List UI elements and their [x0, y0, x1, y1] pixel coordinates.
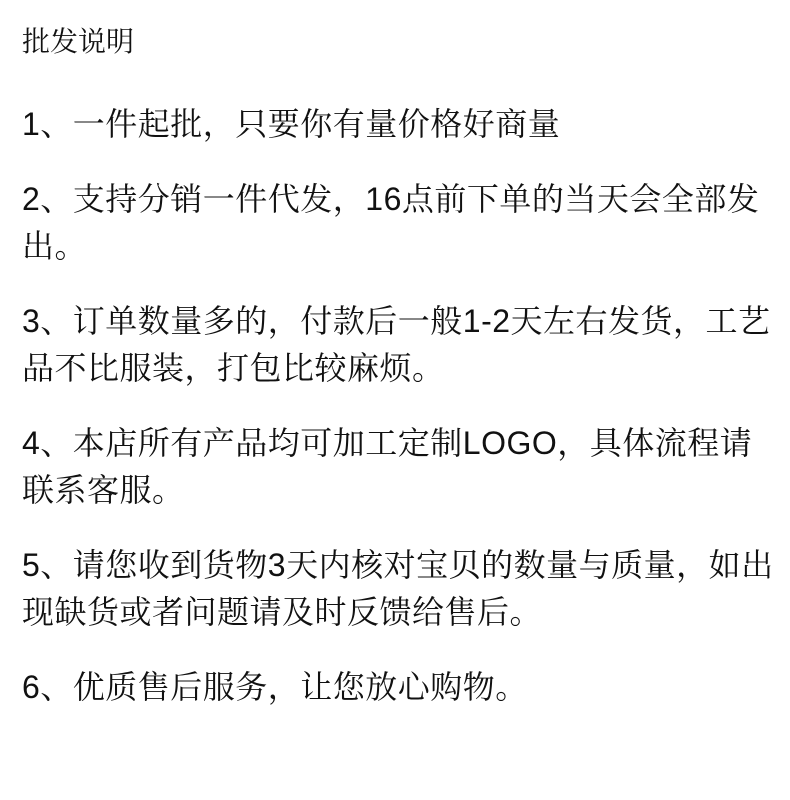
note-item-1-line-1: 1、一件起批，只要你有量价格好商量 [22, 101, 770, 148]
note-item-3: 3、订单数量多的，付款后一般1-2天左右发货，工艺 品不比服装，打包比较麻烦。 [22, 298, 770, 392]
page-title: 批发说明 [22, 26, 770, 58]
note-item-3-line-1: 3、订单数量多的，付款后一般1-2天左右发货，工艺 [22, 298, 770, 345]
note-item-1: 1、一件起批，只要你有量价格好商量 [22, 101, 770, 148]
note-item-5-line-1: 5、请您收到货物3天内核对宝贝的数量与质量，如出 [22, 542, 770, 589]
note-item-4-line-2: 联系客服。 [22, 467, 770, 514]
note-item-5: 5、请您收到货物3天内核对宝贝的数量与质量，如出 现缺货或者问题请及时反馈给售后… [22, 542, 770, 636]
note-item-2-line-1: 2、支持分销一件代发，16点前下单的当天会全部发 [22, 176, 770, 223]
note-item-6-line-1: 6、优质售后服务，让您放心购物。 [22, 664, 770, 711]
note-item-5-line-2: 现缺货或者问题请及时反馈给售后。 [22, 589, 770, 636]
note-item-2: 2、支持分销一件代发，16点前下单的当天会全部发 出。 [22, 176, 770, 270]
note-item-6: 6、优质售后服务，让您放心购物。 [22, 664, 770, 711]
note-item-2-line-2: 出。 [22, 223, 770, 270]
wholesale-notes-page: 批发说明 1、一件起批，只要你有量价格好商量 2、支持分销一件代发，16点前下单… [0, 0, 790, 800]
note-item-4: 4、本店所有产品均可加工定制LOGO，具体流程请 联系客服。 [22, 420, 770, 514]
note-item-4-line-1: 4、本店所有产品均可加工定制LOGO，具体流程请 [22, 420, 770, 467]
note-item-3-line-2: 品不比服装，打包比较麻烦。 [22, 345, 770, 392]
